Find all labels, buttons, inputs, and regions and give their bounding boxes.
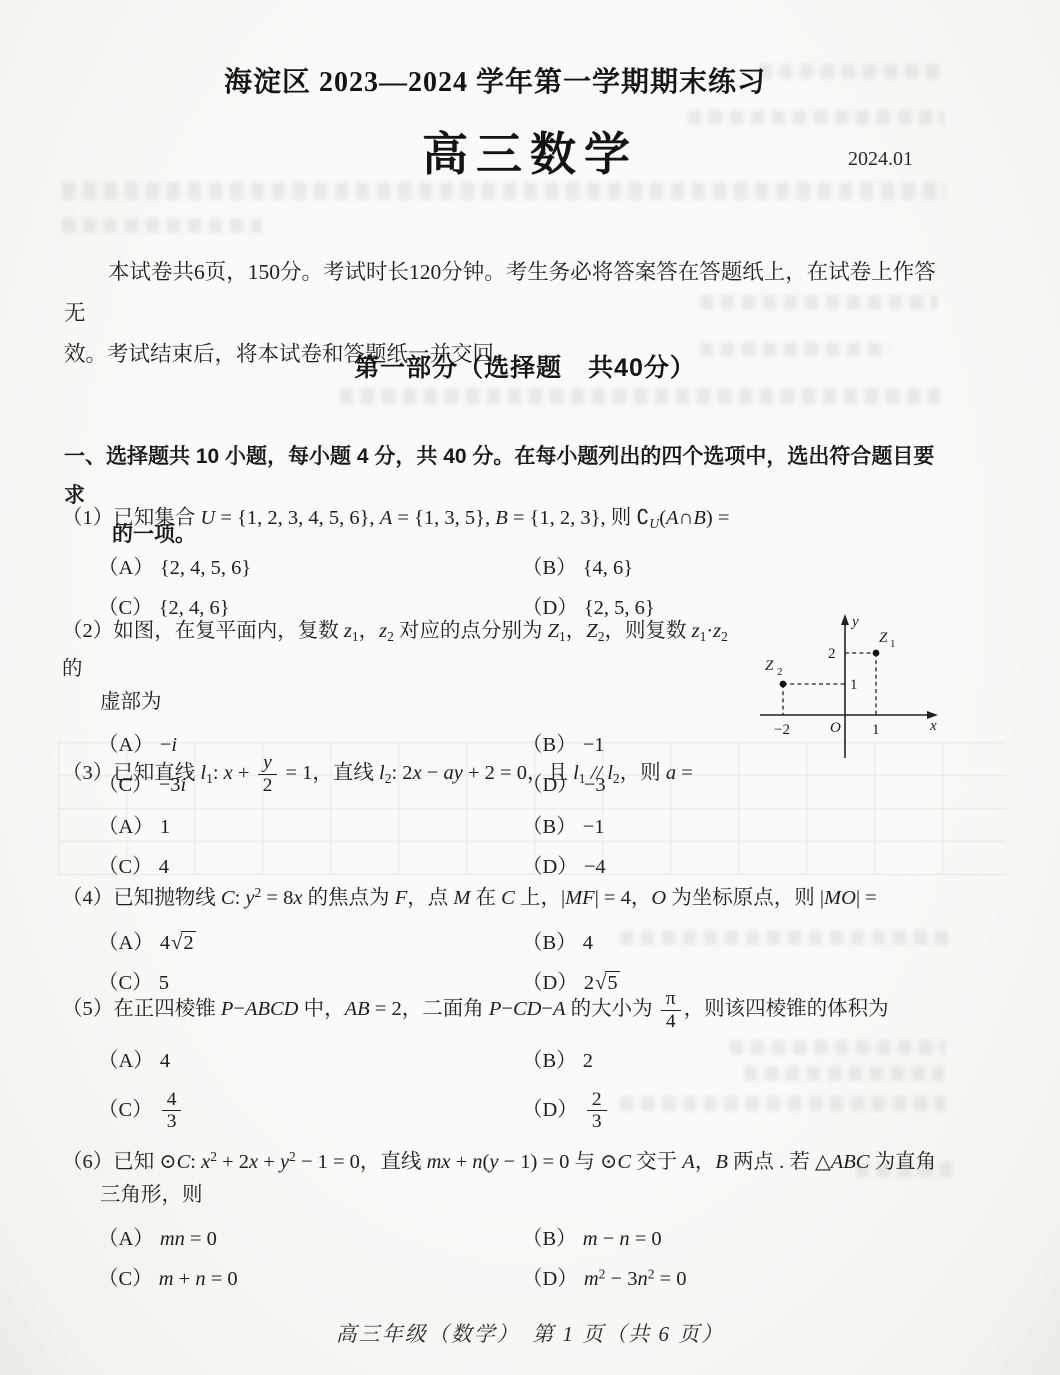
- option-5C: （C）43: [98, 1089, 522, 1134]
- option-6D: （D）m2 − 3n2 = 0: [522, 1261, 960, 1291]
- point-z1: [873, 650, 880, 657]
- exam-paper-page: 海淀区 2023—2024 学年第一学期期末练习 高三数学 2024.01 本试…: [0, 0, 1060, 1375]
- option-label: （D）: [522, 1099, 578, 1121]
- point-z1-label: Z: [879, 630, 888, 646]
- option-4B: （B）4: [522, 925, 960, 955]
- option-value: 23: [584, 1099, 610, 1121]
- option-3A: （A）1: [98, 809, 522, 839]
- option-value: {4, 6}: [583, 557, 633, 579]
- option-value: 4: [159, 856, 169, 878]
- bleedthrough-artifact: [62, 218, 262, 233]
- option-1B: （B）{4, 6}: [522, 550, 960, 580]
- option-label: （C）: [98, 1268, 153, 1290]
- option-3C: （C）4: [98, 849, 522, 879]
- option-value: 4: [583, 932, 593, 954]
- question-3-options: （A）1 （B）−1 （C）4 （D）−4: [98, 809, 960, 879]
- option-label: （B）: [522, 557, 577, 579]
- point-z2-label: Z: [765, 658, 774, 674]
- question-2-stem-line2: 虚部为: [100, 686, 742, 719]
- question-6-stem-line2: 三角形，则: [100, 1179, 960, 1212]
- question-6-stem: （6）已知 ⊙C: x2 + 2x + y2 − 1 = 0，直线 mx + n…: [62, 1140, 960, 1179]
- question-5-stem: （5）在正四棱锥 P−ABCD 中，AB = 2，二面角 P−CD−A 的大小为…: [62, 988, 960, 1033]
- option-5D: （D）23: [522, 1089, 960, 1134]
- page-title: 海淀区 2023—2024 学年第一学期期末练习: [0, 60, 990, 100]
- question-4: （4）已知抛物线 C: y2 = 8x 的焦点为 F，点 M 在 C 上，|MF…: [62, 876, 960, 995]
- option-label: （D）: [522, 856, 578, 878]
- option-label: （D）: [522, 1268, 578, 1290]
- option-6C: （C）m + n = 0: [98, 1261, 522, 1291]
- option-label: （A）: [98, 932, 154, 954]
- question-6: （6）已知 ⊙C: x2 + 2x + y2 − 1 = 0，直线 mx + n…: [62, 1140, 960, 1291]
- question-1-stem: （1）已知集合 U = {1, 2, 3, 4, 5, 6}, A = {1, …: [62, 502, 960, 540]
- y-axis-label: y: [850, 614, 859, 630]
- option-label: （C）: [98, 1099, 153, 1121]
- y-axis-arrow: [841, 614, 849, 625]
- option-value: 4: [160, 1050, 170, 1072]
- tick-x-1: 1: [872, 722, 880, 738]
- option-6B: （B）m − n = 0: [522, 1221, 960, 1251]
- option-value: −4: [584, 856, 606, 878]
- option-value: 1: [160, 816, 170, 838]
- origin-label: O: [830, 720, 841, 736]
- option-value: m + n = 0: [159, 1268, 238, 1290]
- option-4A: （A）4√2: [98, 925, 522, 955]
- option-value: {2, 4, 5, 6}: [160, 557, 251, 579]
- question-3: （3）已知直线 l1: x + y2 = 1，直线 l2: 2x − ay + …: [62, 752, 960, 879]
- option-3B: （B）−1: [522, 809, 960, 839]
- option-3D: （D）−4: [522, 849, 960, 879]
- point-z2-label-sub: 2: [777, 666, 783, 678]
- question-1: （1）已知集合 U = {1, 2, 3, 4, 5, 6}, A = {1, …: [62, 502, 960, 620]
- point-z1-label-sub: 1: [890, 638, 896, 650]
- option-label: （A）: [98, 1050, 154, 1072]
- option-label: （A）: [98, 1228, 154, 1250]
- page-footer: 高三年级（数学） 第 1 页（共 6 页）: [0, 1318, 1060, 1348]
- question-6-options: （A）mn = 0 （B）m − n = 0 （C）m + n = 0 （D）m…: [98, 1221, 960, 1291]
- option-value: m2 − 3n2 = 0: [584, 1268, 687, 1290]
- option-5B: （B）2: [522, 1043, 960, 1073]
- question-4-options: （A）4√2 （B）4 （C）5 （D）2√5: [98, 925, 960, 995]
- option-value: m − n = 0: [583, 1228, 662, 1250]
- option-label: （B）: [522, 1050, 577, 1072]
- question-5: （5）在正四棱锥 P−ABCD 中，AB = 2，二面角 P−CD−A 的大小为…: [62, 988, 960, 1133]
- question-3-stem: （3）已知直线 l1: x + y2 = 1，直线 l2: 2x − ay + …: [62, 752, 960, 797]
- bleedthrough-artifact: [62, 182, 946, 200]
- point-z2: [780, 681, 787, 688]
- question-5-options: （A）4 （B）2 （C）43 （D）23: [98, 1043, 960, 1134]
- option-label: （B）: [522, 1228, 577, 1250]
- option-value: 43: [159, 1099, 185, 1121]
- option-label: （A）: [98, 816, 154, 838]
- option-5A: （A）4: [98, 1043, 522, 1073]
- complex-plane-figure: y x O 2 1 −2 1 Z 1 Z 2: [752, 606, 942, 762]
- question-2-stem: （2）如图，在复平面内，复数 z1，z2 对应的点分别为 Z1，Z2，则复数 z…: [62, 615, 742, 686]
- option-label: （C）: [98, 856, 153, 878]
- option-label: （B）: [522, 932, 577, 954]
- exam-date: 2024.01: [848, 148, 913, 171]
- x-axis-label: x: [929, 718, 937, 734]
- option-1A: （A）{2, 4, 5, 6}: [98, 550, 522, 580]
- option-value: 2: [583, 1050, 593, 1072]
- option-6A: （A）mn = 0: [98, 1221, 522, 1251]
- part1-heading: 第一部分（选择题 共40分）: [0, 348, 1050, 384]
- option-label: （A）: [98, 557, 154, 579]
- option-value: 4√2: [160, 932, 196, 954]
- question-4-stem: （4）已知抛物线 C: y2 = 8x 的焦点为 F，点 M 在 C 上，|MF…: [62, 876, 960, 915]
- bleedthrough-artifact: [340, 388, 940, 405]
- option-value: mn = 0: [160, 1228, 217, 1250]
- tick-x-neg2: −2: [774, 722, 790, 738]
- option-label: （B）: [522, 816, 577, 838]
- dashed-guide-z2: [783, 684, 845, 715]
- option-value: −1: [583, 816, 605, 838]
- tick-y-2: 2: [828, 646, 836, 662]
- tick-y-1: 1: [850, 677, 858, 693]
- instructions-line-1: 本试卷共6页，150分。考试时长120分钟。考生务必将答案答在答题纸上，在试卷上…: [64, 252, 940, 334]
